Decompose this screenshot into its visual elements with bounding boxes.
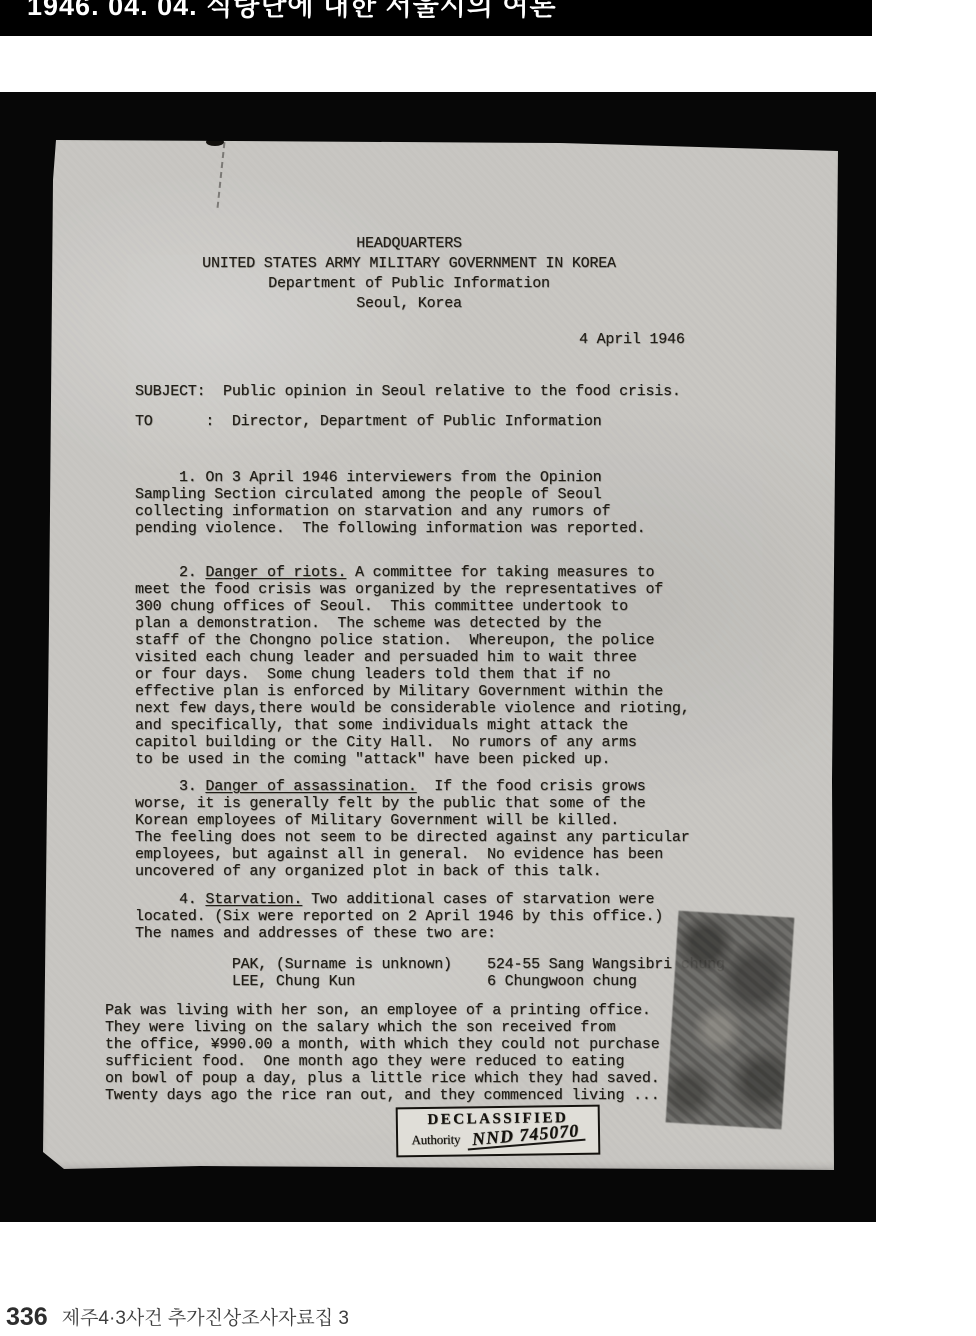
book-footer: 336 제주4·3사건 추가진상조사자료집 3 [6, 1304, 349, 1332]
document-date: 4 April 1946 [579, 331, 685, 348]
declassified-stamp-authority: Authority NND 745070 [398, 1128, 598, 1150]
letterhead-line: UNITED STATES ARMY MILITARY GOVERNMENT I… [95, 254, 723, 274]
letterhead-line: HEADQUARTERS [95, 234, 723, 254]
address-list: PAK, (Surname is unknown) 524-55 Sang Wa… [135, 956, 725, 990]
authority-label: Authority [411, 1131, 460, 1149]
document-letterhead: HEADQUARTERS UNITED STATES ARMY MILITARY… [95, 234, 723, 314]
letterhead-line: Department of Public Information [95, 274, 723, 294]
letterhead-line: Seoul, Korea [95, 294, 723, 314]
book-title: 제주4·3사건 추가진상조사자료집 3 [62, 1308, 349, 1331]
ink-blot [206, 138, 224, 146]
paper-crease [217, 142, 227, 208]
paper-speckles [846, 572, 849, 575]
paragraph-2: 2. Danger of riots. A committee for taki… [135, 564, 690, 768]
subject-line: SUBJECT: Public opinion in Seoul relativ… [135, 383, 681, 400]
paragraph-4: 4. Starvation. Two additional cases of s… [135, 891, 663, 942]
tape-stain [666, 911, 795, 1130]
scan-background: HEADQUARTERS UNITED STATES ARMY MILITARY… [0, 92, 876, 1222]
paragraph-3: 3. Danger of assassination. If the food … [135, 778, 690, 880]
paragraph-1: 1. On 3 April 1946 interviewers from the… [135, 469, 646, 537]
declassified-stamp: DECLASSIFIED Authority NND 745070 [396, 1105, 601, 1158]
paragraph-closing: Pak was living with her son, an employee… [105, 1002, 660, 1104]
page: 1946. 04. 04. 식량난에 대한 서울시의 여론 HEADQUARTE… [0, 0, 976, 1336]
book-page-number: 336 [6, 1304, 48, 1332]
to-line: TO : Director, Department of Public Info… [135, 413, 601, 430]
top-caption-bar: 1946. 04. 04. 식량난에 대한 서울시의 여론 [0, 0, 872, 36]
document-page: HEADQUARTERS UNITED STATES ARMY MILITARY… [40, 140, 838, 1172]
top-caption-title: 1946. 04. 04. 식량난에 대한 서울시의 여론 [27, 0, 557, 23]
